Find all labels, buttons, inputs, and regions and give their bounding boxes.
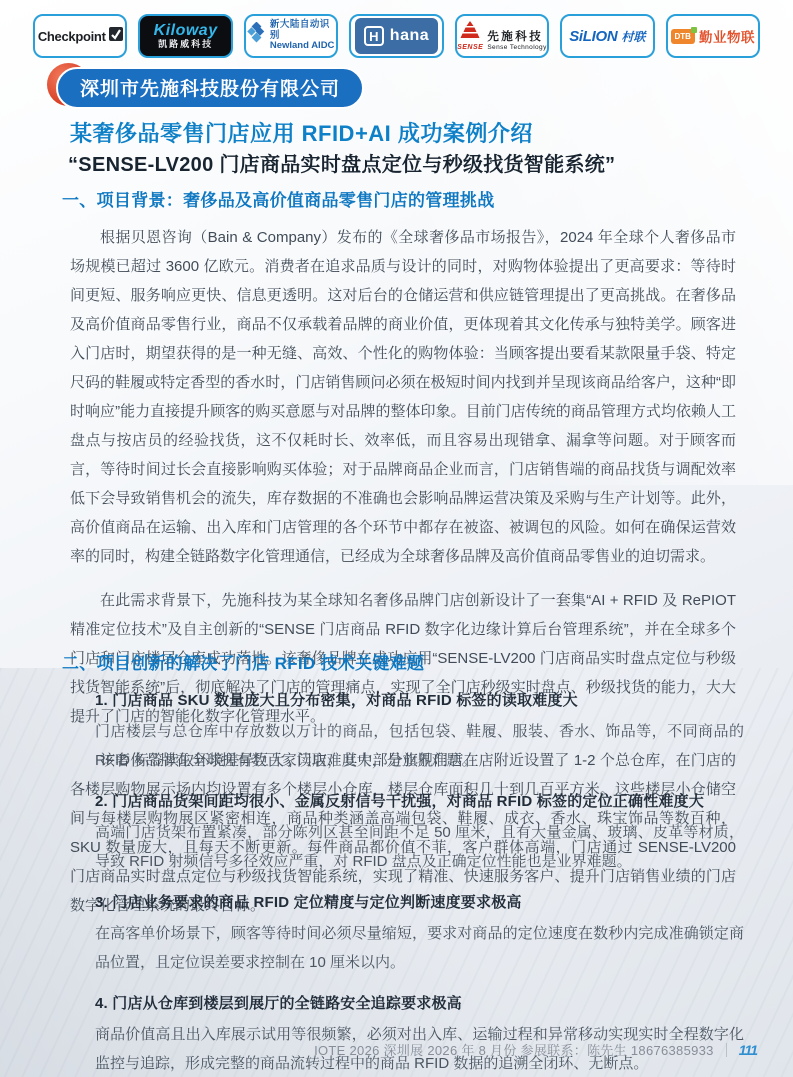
challenge-item-1: 1. 门店商品 SKU 数量庞大且分布密集，对商品 RFID 标签的读取难度大 … <box>95 689 744 775</box>
silion-brand: SiLION <box>569 28 617 45</box>
checkpoint-check-icon <box>109 27 123 46</box>
challenge-2-body: 高端门店货架布置紧凑，部分陈列区甚至间距不足 50 厘米，且有大量金属、玻璃、皮… <box>95 818 744 876</box>
challenge-item-4: 4. 门店从仓库到楼层到展厅的全链路安全追踪要求极高 商品价值高且出入库展示试用… <box>95 992 744 1077</box>
challenge-item-2: 2. 门店商品货架间距均很小、金属反射信号干扰强，对商品 RFID 标签的定位正… <box>95 790 744 876</box>
partner-logo-strip: Checkpoint Kiloway 凯路威科技 <box>33 14 760 58</box>
sense-en-label: Sense Technology <box>487 44 546 51</box>
challenge-3-body: 在高客单价场景下，顾客等待时间必须尽量缩短，要求对商品的定位速度在数秒内完成准确… <box>95 919 744 977</box>
logo-newland: 新大陆自动识别 Newland AIDC <box>244 14 338 58</box>
checkpoint-label: Checkpoint <box>38 29 106 44</box>
challenge-2-title: 2. 门店商品货架间距均很小、金属反射信号干扰强，对商品 RFID 标签的定位正… <box>95 790 744 811</box>
logo-checkpoint: Checkpoint <box>33 14 127 58</box>
logo-dtb: DTB 勤业物联 <box>666 14 760 58</box>
company-badge-label: 深圳市先施科技股份有限公司 <box>56 67 364 109</box>
sense-brand: SENSE <box>457 44 483 51</box>
challenge-4-title: 4. 门店从仓库到楼层到展厅的全链路安全追踪要求极高 <box>95 992 744 1013</box>
newland-en-label: Newland AIDC <box>270 41 336 52</box>
kiloway-cn-label: 凯路威科技 <box>158 40 213 49</box>
silion-cn-label: 村联 <box>621 28 645 45</box>
kiloway-brand: Kiloway <box>154 23 218 40</box>
section2-heading: 二、项目创新的解决了门店 RFID 技术关键难题 <box>62 649 744 674</box>
page-title: 某奢侈品零售门店应用 RFID+AI 成功案例介绍 <box>70 117 533 148</box>
section-key-challenges: 二、项目创新的解决了门店 RFID 技术关键难题 1. 门店商品 SKU 数量庞… <box>62 649 744 1077</box>
challenge-item-3: 3. 门店业务要求的商品 RFID 定位精度与定位判断速度要求极高 在高客单价场… <box>95 891 744 977</box>
logo-hana: H hana <box>349 14 443 58</box>
logo-kiloway: Kiloway 凯路威科技 <box>138 14 232 58</box>
challenge-1-body: 门店楼层与总仓库中存放数以万计的商品，包括包袋、鞋履、服装、香水、饰品等，不同商… <box>95 717 744 775</box>
hana-brand: hana <box>390 27 429 45</box>
sense-triangle-icon <box>459 21 481 44</box>
logo-sense: SENSE 先施科技 Sense Technology <box>455 14 549 58</box>
newland-diamond-icon <box>246 22 266 49</box>
newland-cn-label: 新大陆自动识别 <box>270 20 336 42</box>
page-footer: IOTE 2026 深圳展 2026 年 8 月份 参展联系：陈先生 18676… <box>314 1040 757 1059</box>
page-number-marker: 111 <box>739 1042 757 1058</box>
paragraph-1: 根据贝恩咨询（Bain & Company）发布的《全球奢侈品市场报告》，202… <box>70 223 736 571</box>
dtb-cn-label: 勤业物联 <box>699 26 755 46</box>
challenge-1-title: 1. 门店商品 SKU 数量庞大且分布密集，对商品 RFID 标签的读取难度大 <box>95 689 744 710</box>
footer-contact-text: IOTE 2026 深圳展 2026 年 8 月份 参展联系：陈先生 18676… <box>314 1040 714 1059</box>
page-subtitle: “SENSE-LV200 门店商品实时盘点定位与秒级找货智能系统” <box>68 148 615 177</box>
logo-silion: SiLION 村联 <box>560 14 654 58</box>
footer-divider <box>726 1043 727 1057</box>
document-page: Checkpoint Kiloway 凯路威科技 <box>0 0 793 1077</box>
section1-heading: 一、项目背景：奢侈品及高价值商品零售门店的管理挑战 <box>62 186 744 211</box>
hana-monogram-icon: H <box>364 26 384 46</box>
sense-cn-label: 先施科技 <box>487 28 546 44</box>
company-badge: 深圳市先施科技股份有限公司 <box>56 67 364 109</box>
dtb-badge-icon: DTB <box>671 29 695 44</box>
challenge-3-title: 3. 门店业务要求的商品 RFID 定位精度与定位判断速度要求极高 <box>95 891 744 912</box>
